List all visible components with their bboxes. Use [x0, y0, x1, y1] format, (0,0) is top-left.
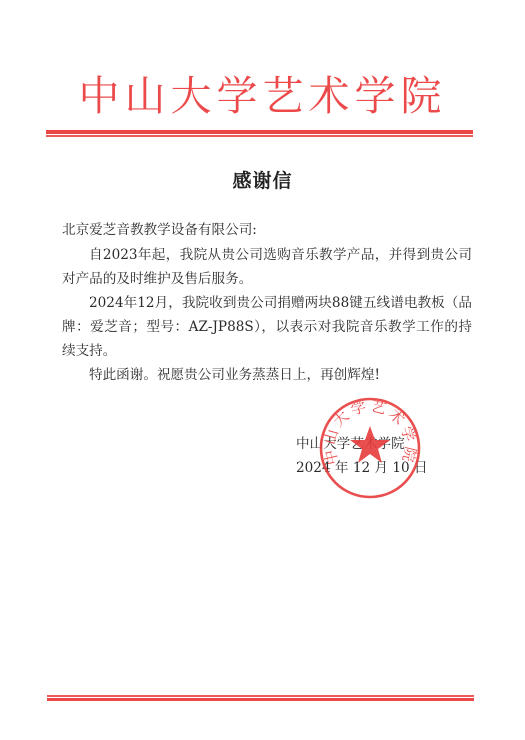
paragraph-2-block: 2024年12月，我院收到贵公司捐赠两块88键五线谱电教板（品牌：爱芝音；型号：…: [62, 291, 472, 363]
document-title: 感谢信: [0, 166, 525, 193]
footer-divider: [47, 695, 474, 701]
paragraph-2: 2024年12月，我院收到贵公司捐赠两块88键五线谱电教板（品牌：爱芝音；型号：…: [62, 291, 472, 363]
letterhead-divider-top: [46, 130, 473, 137]
paragraph-1-block: 自2023年起，我院从贵公司选购音乐教学产品，并得到贵公司对产品的及时维护及售后…: [62, 243, 472, 291]
recipient-line: 北京爱芝音教教学设备有限公司:: [62, 218, 472, 242]
paragraph-3: 特此函谢。祝愿贵公司业务蒸蒸日上，再创辉煌!: [62, 363, 472, 387]
signature-issuer: 中山大学艺术学院: [296, 432, 456, 456]
signature-block: 中山大学艺术学院 2024 年 12 月 10 日: [296, 432, 456, 480]
paragraph-1: 自2023年起，我院从贵公司选购音乐教学产品，并得到贵公司对产品的及时维护及售后…: [62, 243, 472, 291]
letterhead-title: 中山大学艺术学院: [0, 70, 525, 122]
recipient: 北京爱芝音教教学设备有限公司:: [62, 218, 472, 242]
paragraph-3-block: 特此函谢。祝愿贵公司业务蒸蒸日上，再创辉煌!: [62, 363, 472, 387]
signature-date: 2024 年 12 月 10 日: [296, 456, 456, 480]
